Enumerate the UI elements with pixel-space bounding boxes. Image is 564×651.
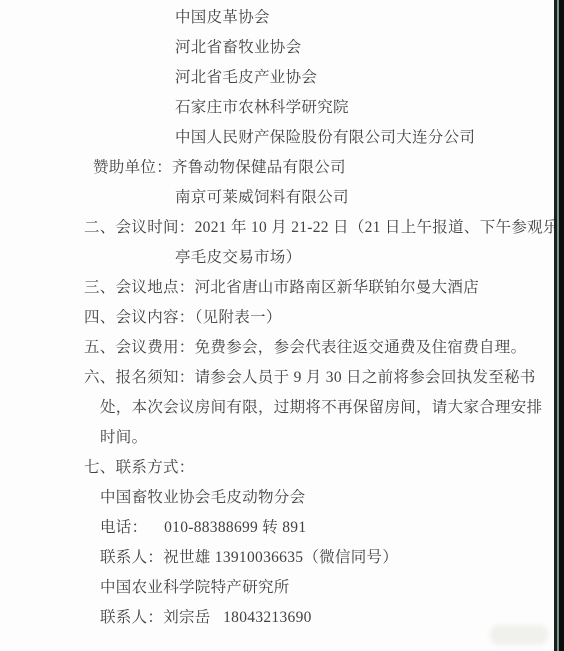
contact-line: 电话： 010-88388699 转 891	[0, 513, 554, 543]
registration-notes-line: 时间。	[0, 423, 554, 453]
conference-notice-body: 中国皮革协会 河北省畜牧业协会 河北省毛皮产业协会 石家庄市农林科学研究院 中国…	[0, 3, 554, 633]
meeting-content-line: 四、会议内容：（见附表一）	[0, 303, 554, 333]
contact-line: 中国畜牧业协会毛皮动物分会	[0, 483, 554, 513]
registration-notes-line: 六、报名须知：请参会人员于 9 月 30 日之前将参会回执发至秘书	[0, 363, 554, 393]
scan-edge-black-stripe	[559, 0, 564, 651]
scanned-notice-page: 中国皮革协会 河北省畜牧业协会 河北省毛皮产业协会 石家庄市农林科学研究院 中国…	[0, 0, 564, 651]
meeting-time-line: 亭毛皮交易市场）	[0, 243, 554, 273]
meeting-time-line: 二、会议时间：2021 年 10 月 21-22 日（21 日上午报道、下午参观…	[0, 213, 554, 243]
contact-line: 中国农业科学院特产研究所	[0, 573, 554, 603]
contact-line: 联系人：刘宗岳 18043213690	[0, 603, 554, 633]
co-organizer-line: 中国皮革协会	[0, 3, 554, 33]
sponsor-units-line: 南京可莱威饲料有限公司	[0, 183, 554, 213]
co-organizer-line: 河北省毛皮产业协会	[0, 63, 554, 93]
scan-edge	[554, 0, 564, 651]
co-organizer-line: 中国人民财产保险股份有限公司大连分公司	[0, 123, 554, 153]
co-organizer-line: 石家庄市农林科学研究院	[0, 93, 554, 123]
contact-header-line: 七、联系方式：	[0, 453, 554, 483]
meeting-location-line: 三、会议地点：河北省唐山市路南区新华联铂尔曼大酒店	[0, 273, 554, 303]
sponsor-units-line: 赞助单位：齐鲁动物保健品有限公司	[0, 153, 554, 183]
meeting-fee-line: 五、会议费用：免费参会，参会代表往返交通费及住宿费自理。	[0, 333, 554, 363]
contact-line: 联系人：祝世雄 13910036635（微信同号）	[0, 543, 554, 573]
watermark	[490, 625, 548, 645]
registration-notes-line: 处，本次会议房间有限，过期将不再保留房间，请大家合理安排	[0, 393, 554, 423]
co-organizer-line: 河北省畜牧业协会	[0, 33, 554, 63]
